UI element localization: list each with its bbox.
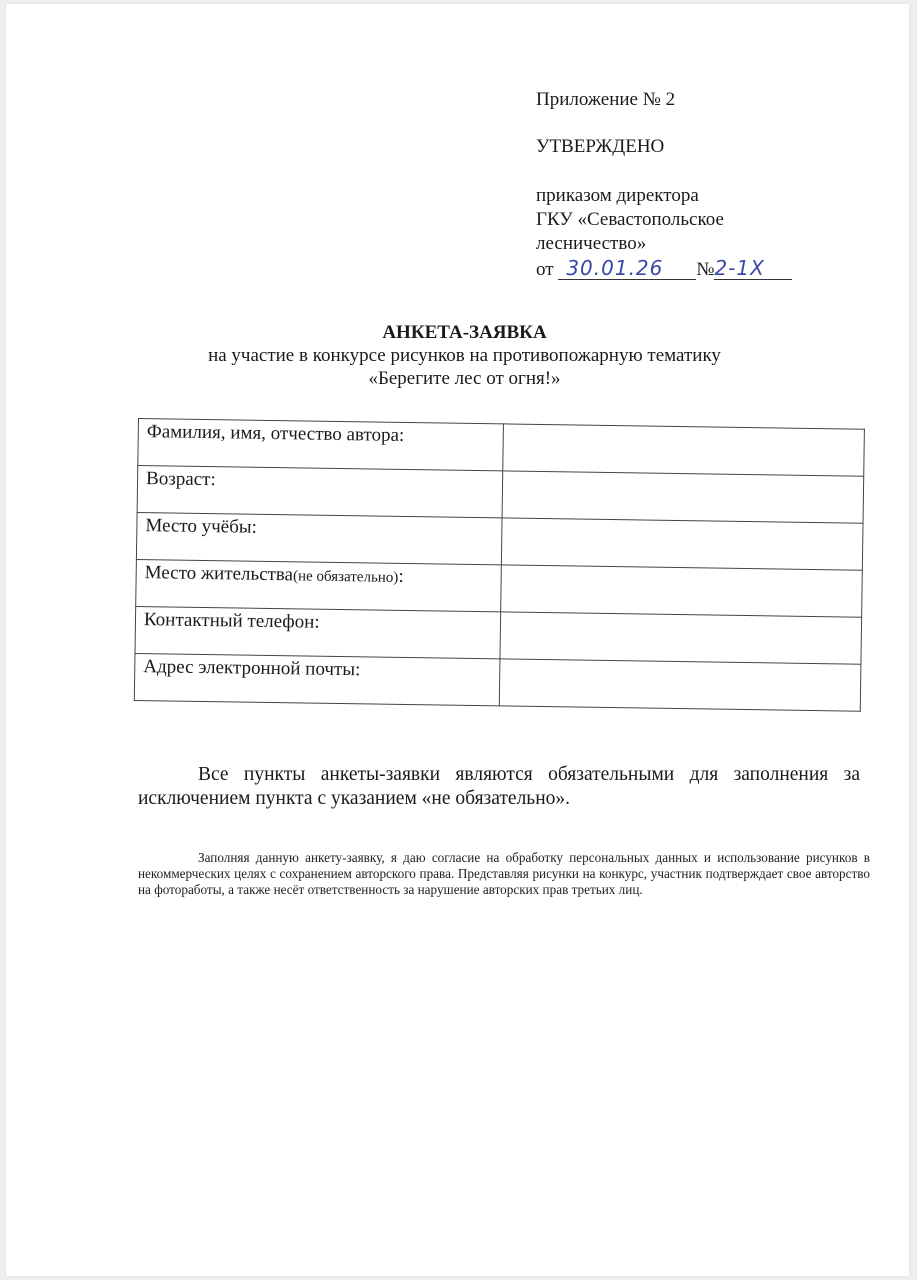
document-page: Приложение № 2 УТВЕРЖДЕНО приказом дирек… — [6, 4, 909, 1276]
form-title: АНКЕТА-ЗАЯВКА — [6, 322, 917, 344]
field-label-cell: Фамилия, имя, отчество автора: — [138, 419, 504, 471]
order-line-1: приказом директора — [536, 185, 699, 207]
field-value-cell[interactable] — [501, 565, 863, 617]
field-label: Место жительства — [145, 562, 294, 585]
field-value-cell[interactable] — [502, 471, 864, 523]
order-date-row: от 30.01.26№2-1Х — [536, 257, 792, 281]
order-line-3: лесничество» — [536, 233, 646, 255]
handwritten-date: 30.01.26 — [558, 257, 696, 280]
field-value-cell[interactable] — [500, 612, 862, 664]
field-label-cell: Контактный телефон: — [135, 606, 501, 658]
field-label: Возраст: — [146, 468, 216, 490]
order-line-2: ГКУ «Севастопольское — [536, 209, 724, 231]
form-row: Адрес электронной почты: — [134, 653, 861, 711]
field-label-cell: Возраст: — [137, 466, 503, 518]
field-label-cell: Место учёбы: — [136, 512, 502, 564]
approved-stamp: УТВЕРЖДЕНО — [536, 136, 664, 158]
field-value-cell[interactable] — [501, 518, 863, 570]
field-optional-note: (не обязательно) — [293, 568, 399, 586]
field-label: Фамилия, имя, отчество автора: — [147, 421, 405, 446]
number-prefix: № — [696, 259, 714, 280]
contest-name: «Берегите лес от огня!» — [6, 368, 917, 390]
form-subtitle: на участие в конкурсе рисунков на против… — [6, 345, 917, 367]
application-form-table: Фамилия, имя, отчество автора:Возраст:Ме… — [134, 418, 865, 712]
date-prefix: от — [536, 259, 554, 280]
handwritten-number: 2-1Х — [714, 257, 792, 280]
field-label-cell: Место жительства(не обязательно): — [136, 559, 502, 611]
field-label-suffix: : — [398, 566, 404, 587]
annex-number: Приложение № 2 — [536, 89, 675, 111]
field-label-cell: Адрес электронной почты: — [134, 653, 500, 705]
consent-text: Заполняя данную анкету-заявку, я даю сог… — [138, 850, 870, 898]
field-value-cell[interactable] — [503, 424, 865, 476]
field-label: Место учёбы: — [145, 515, 257, 538]
field-value-cell[interactable] — [499, 659, 861, 711]
required-fields-notice: Все пункты анкеты-заявки являются обязат… — [138, 763, 860, 811]
field-label: Контактный телефон: — [144, 609, 320, 633]
field-label: Адрес электронной почты: — [143, 656, 360, 680]
